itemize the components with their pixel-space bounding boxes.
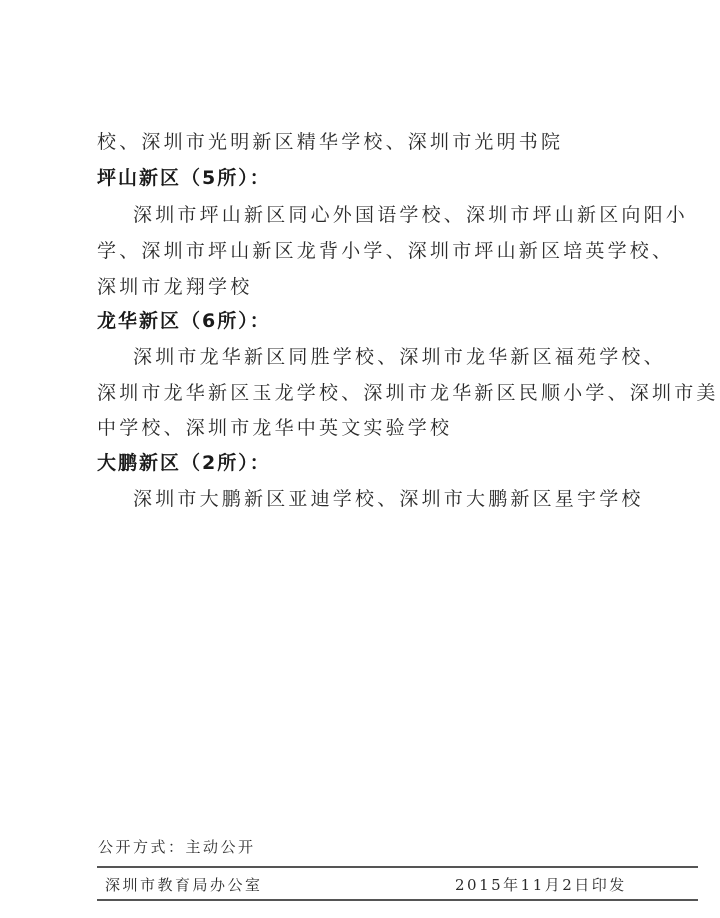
section-text-line: 深圳市龙翔学校 (97, 275, 252, 299)
section-heading-dapeng: 大鹏新区（2所）： (97, 451, 271, 475)
issue-date: 2015年11月2日印发 (455, 874, 627, 895)
continuation-line: 校、深圳市光明新区精华学校、深圳市光明书院 (97, 130, 563, 154)
section-text-line: 深圳市龙华新区同胜学校、深圳市龙华新区福苑学校、 (133, 345, 666, 369)
footer-divider-top (97, 866, 698, 868)
footer-divider-bottom (97, 899, 698, 901)
section-heading-pingshan: 坪山新区（5所）： (97, 166, 271, 190)
section-text-line: 深圳市大鹏新区亚迪学校、深圳市大鹏新区星宇学校 (133, 487, 644, 511)
section-text-line: 中学校、深圳市龙华中英文实验学校 (97, 416, 452, 440)
disclosure-method: 公开方式：主动公开 (98, 836, 256, 857)
section-text-line: 深圳市坪山新区同心外国语学校、深圳市坪山新区向阳小 (133, 203, 688, 227)
section-heading-longhua: 龙华新区（6所）： (97, 309, 271, 333)
section-text-line: 学、深圳市坪山新区龙背小学、深圳市坪山新区培英学校、 (97, 239, 674, 263)
section-text-line: 深圳市龙华新区玉龙学校、深圳市龙华新区民顺小学、深圳市美 (97, 381, 719, 405)
issuing-office: 深圳市教育局办公室 (105, 874, 263, 895)
